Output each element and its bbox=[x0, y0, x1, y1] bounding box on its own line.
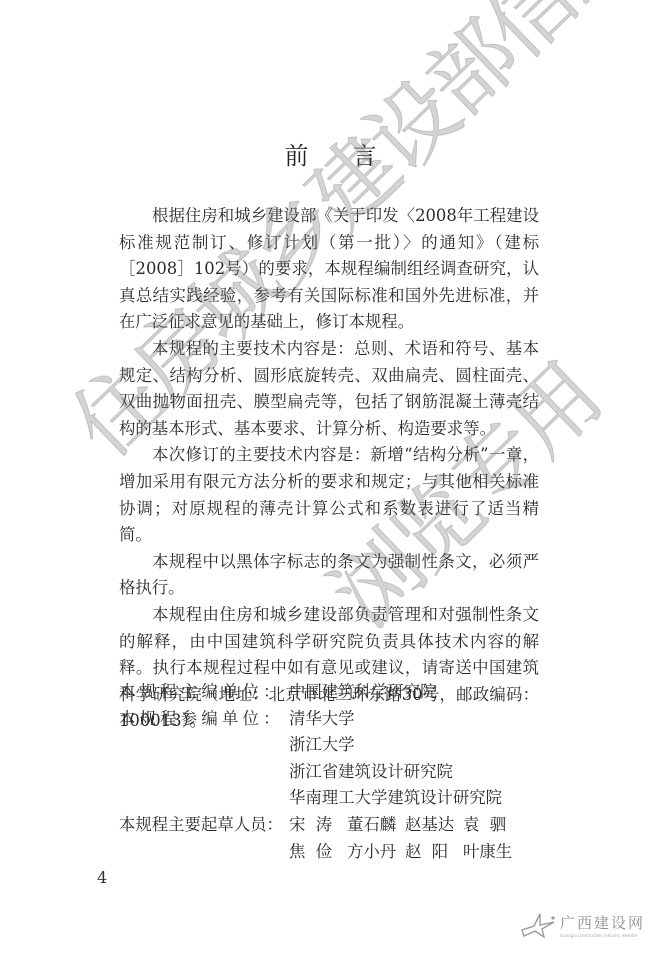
preface-body: 根据住房和城乡建设部《关于印发〈2008年工程建设标准规范制订、修订计划（第一批… bbox=[119, 203, 539, 735]
drafters-list: 宋 涛 董石麟 赵基达 袁 驷 焦 俭 方小丹 赵 阳 叶康生 bbox=[289, 812, 521, 865]
drafter-name: 叶康生 bbox=[463, 839, 521, 866]
logo-name: 广西建设网 bbox=[560, 912, 645, 933]
participants-label: 本规程参编单位： bbox=[119, 706, 289, 812]
logo-subtitle: Guangxi construction industry website bbox=[560, 933, 645, 938]
chief-editor-row: 本规程主编单位： 中国建筑科学研究院 bbox=[119, 679, 521, 706]
drafter-name: 宋 涛 bbox=[289, 812, 347, 839]
star-logo-icon bbox=[520, 912, 556, 938]
chief-editor-label: 本规程主编单位： bbox=[119, 679, 289, 706]
participant-item: 清华大学 bbox=[289, 706, 502, 733]
page-number: 4 bbox=[97, 868, 107, 887]
site-logo: 广西建设网 Guangxi construction industry webs… bbox=[520, 912, 645, 938]
drafter-name: 赵基达 bbox=[405, 812, 463, 839]
drafter-name: 董石麟 bbox=[347, 812, 405, 839]
drafter-name: 方小丹 bbox=[347, 839, 405, 866]
participant-item: 浙江省建筑设计研究院 bbox=[289, 759, 502, 786]
drafters-names-row-2: 焦 俭 方小丹 赵 阳 叶康生 bbox=[289, 839, 521, 866]
drafters-names-row-1: 宋 涛 董石麟 赵基达 袁 驷 bbox=[289, 812, 521, 839]
drafters-row: 本规程主要起草人员： 宋 涛 董石麟 赵基达 袁 驷 焦 俭 方小丹 赵 阳 叶… bbox=[119, 812, 521, 865]
drafter-name: 赵 阳 bbox=[405, 839, 463, 866]
drafter-name: 焦 俭 bbox=[289, 839, 347, 866]
paragraph-1: 根据住房和城乡建设部《关于印发〈2008年工程建设标准规范制订、修订计划（第一批… bbox=[119, 203, 539, 336]
participants-row: 本规程参编单位： 清华大学 浙江大学 浙江省建筑设计研究院 华南理工大学建筑设计… bbox=[119, 706, 521, 812]
paragraph-3: 本次修订的主要技术内容是：新增“结构分析”一章，增加采用有限元方法分析的要求和规… bbox=[119, 442, 539, 548]
drafters-label: 本规程主要起草人员： bbox=[119, 812, 289, 865]
credits-block: 本规程主编单位： 中国建筑科学研究院 本规程参编单位： 清华大学 浙江大学 浙江… bbox=[119, 679, 521, 865]
paragraph-2: 本规程的主要技术内容是：总则、术语和符号、基本规定、结构分析、圆形底旋转壳、双曲… bbox=[119, 336, 539, 442]
chief-editor-value: 中国建筑科学研究院 bbox=[289, 679, 437, 706]
participant-item: 华南理工大学建筑设计研究院 bbox=[289, 785, 502, 812]
page-title: 前言 bbox=[0, 136, 661, 171]
participant-item: 浙江大学 bbox=[289, 732, 502, 759]
paragraph-4: 本规程中以黑体字标志的条文为强制性条文，必须严格执行。 bbox=[119, 549, 539, 602]
participants-list: 清华大学 浙江大学 浙江省建筑设计研究院 华南理工大学建筑设计研究院 bbox=[289, 706, 502, 812]
drafter-name: 袁 驷 bbox=[463, 812, 521, 839]
